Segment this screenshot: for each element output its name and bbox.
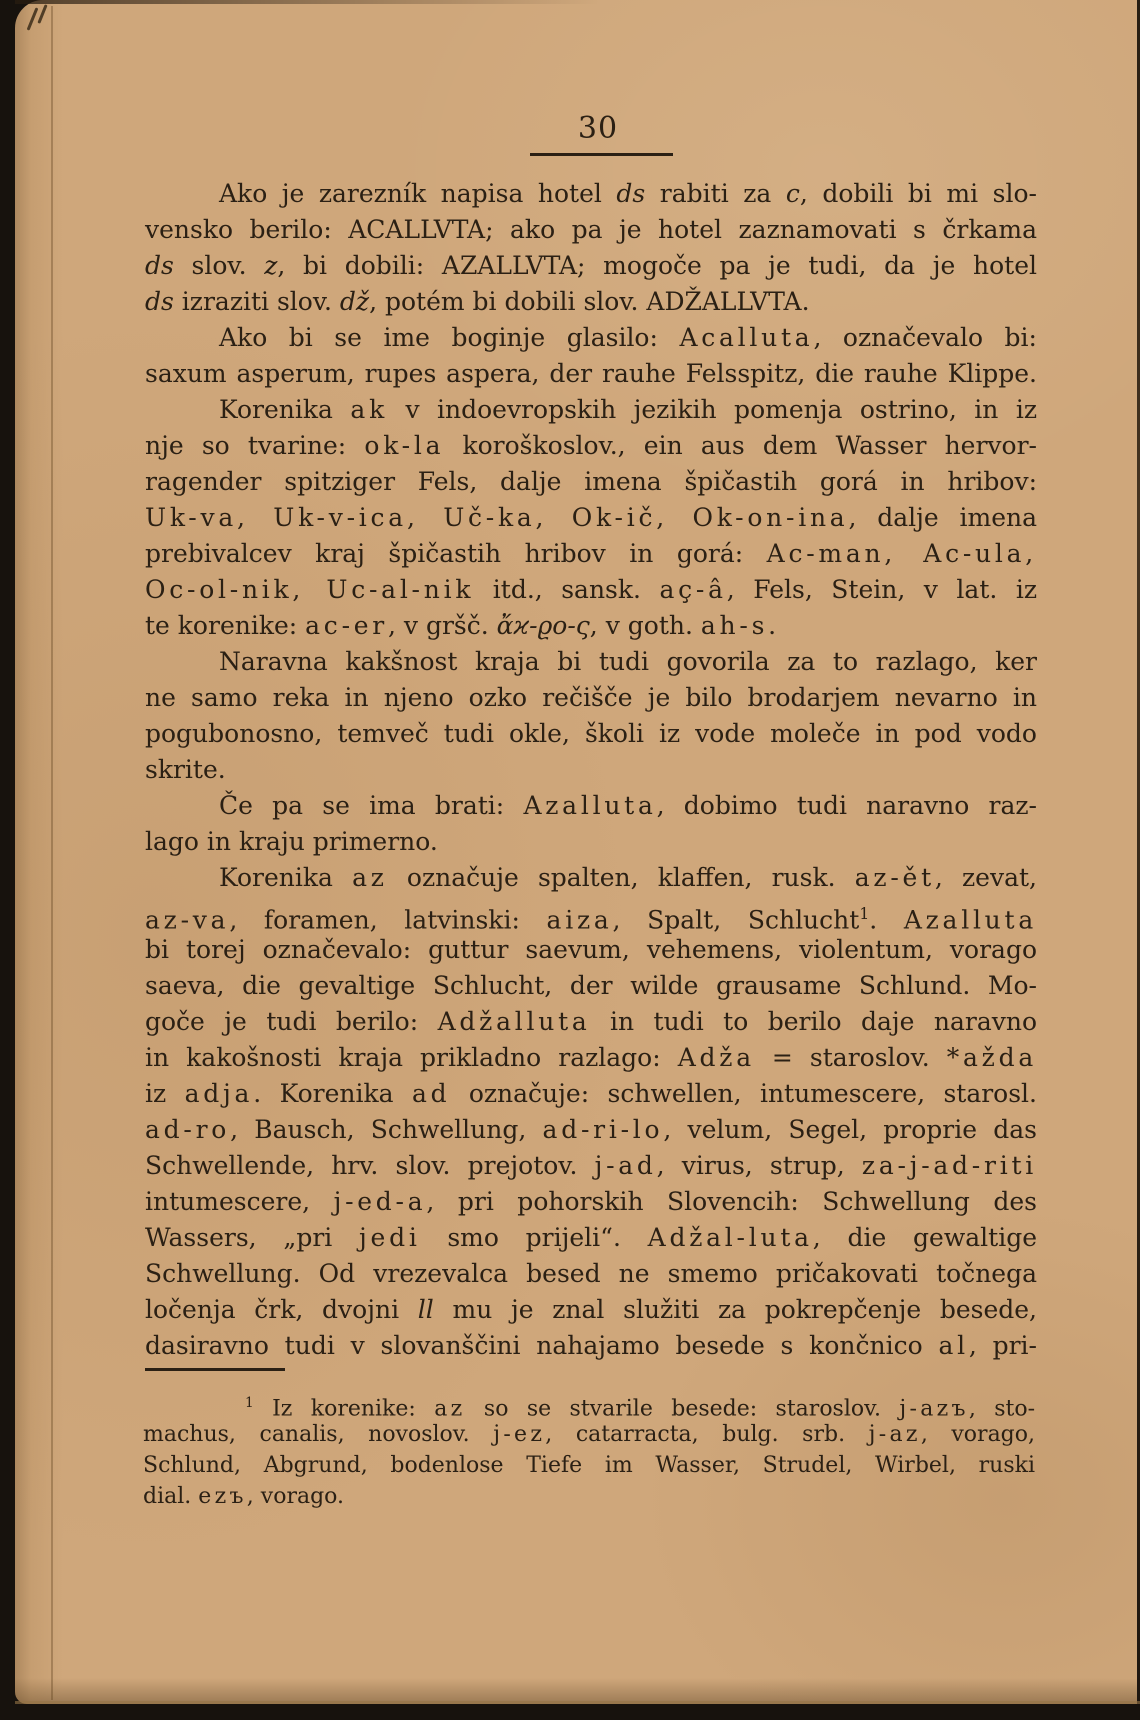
text-line: Ako je zarezník napisa hotel ds rabiti z… — [145, 176, 1037, 212]
text-line: Naravna kakšnost kraja bi tudi govorila … — [145, 644, 1037, 680]
text-segment: dasiravno tudi v slovanščini nahajamo be… — [145, 1331, 938, 1360]
text-segment: , Fels, Stein, v lat. iz — [727, 575, 1037, 604]
text-segment: 1 — [859, 905, 869, 923]
text-segment: adja — [185, 1079, 254, 1108]
text-segment: te korenike: — [145, 611, 305, 640]
text-line: ne samo reka in njeno ozko rečišče je bi… — [145, 680, 1037, 716]
book-page: 30 Ako je zarezník napisa hotel ds rabit… — [15, 0, 1140, 1704]
text-segment: ad-ri-lo — [543, 1115, 664, 1144]
text-segment: saxum asperum, rupes aspera, der rauhe F… — [145, 359, 1037, 388]
text-line: skrite. — [145, 752, 1037, 788]
text-segment: Wassers, „pri — [145, 1223, 359, 1252]
text-line: bi torej označevalo: guttur saevum, vehe… — [145, 932, 1037, 968]
text-segment: itd., sansk. — [474, 575, 659, 604]
text-segment: Adžalluta — [438, 1007, 591, 1036]
text-segment: ločenja črk, dvojni — [145, 1295, 418, 1324]
text-segment: ad-ro — [145, 1115, 230, 1144]
text-segment: v indoevropskih jezikih pomenja ostrino,… — [388, 395, 1037, 424]
text-segment: in kakošnosti kraja prikladno razlago: — [145, 1043, 678, 1072]
text-segment: , Spalt, Schlucht — [613, 905, 860, 934]
text-segment: j-azъ — [899, 1396, 968, 1421]
text-line: Wassers, „pri jedi smo prijeli“. Adžal-l… — [145, 1220, 1037, 1256]
text-segment: vensko berilo: ACALLVTA; ako pa je hotel… — [145, 215, 1037, 244]
text-line: iz adja. Korenika ad označuje: schwellen… — [145, 1076, 1037, 1112]
text-line: Schwellung. Od vrezevalca besed ne smemo… — [145, 1256, 1037, 1292]
text-segment: goče je tudi berilo: — [145, 1007, 438, 1036]
text-segment: ad — [412, 1079, 450, 1108]
text-line: saeva, die gevaltige Schlucht, der wilde… — [145, 968, 1037, 1004]
text-segment: aç-â — [660, 575, 727, 604]
text-segment: az-ět — [855, 863, 935, 892]
text-segment: ak — [350, 395, 388, 424]
text-segment: = staroslov. — [755, 1043, 947, 1072]
text-line: in kakošnosti kraja prikladno razlago: A… — [145, 1040, 1037, 1076]
text-segment: ragender spitziger Fels, dalje imena špi… — [145, 467, 1037, 496]
text-segment: za-j-ad-riti — [862, 1151, 1037, 1180]
text-segment: , bi dobili: AZALLVTA; mogoče pa je tudi… — [277, 251, 1037, 280]
text-segment: smo prijeli“. — [421, 1223, 648, 1252]
text-segment: Če pa se ima brati: — [219, 791, 523, 820]
text-segment: bi torej označevalo: guttur saevum, vehe… — [145, 935, 1037, 964]
text-line: ad-ro, Bausch, Schwellung, ad-ri-lo, vel… — [145, 1112, 1037, 1148]
text-segment: , v gršč. — [388, 611, 497, 640]
text-segment: ezъ — [198, 1484, 247, 1509]
text-segment: označuje spalten, klaffen, rusk. — [388, 863, 855, 892]
text-segment: Acalluta — [679, 323, 813, 352]
text-segment: , zevat, — [935, 863, 1037, 892]
page-number-rule — [530, 153, 673, 156]
text-segment: Korenika — [219, 395, 350, 424]
text-segment: nje so tvarine: — [145, 431, 364, 460]
text-segment: j-az — [869, 1422, 921, 1447]
page-top-edge-shadow — [15, 0, 600, 4]
text-segment: Schlund, Abgrund, bodenlose Tiefe im Was… — [143, 1453, 1035, 1478]
text-segment: Azalluta — [904, 905, 1037, 934]
text-line: az-va, foramen, latvinski: aiza, Spalt, … — [145, 896, 1037, 932]
text-segment: Schwellende, hrv. slov. prejotov. — [145, 1151, 595, 1180]
text-segment: , dobimo tudi naravno raz- — [657, 791, 1037, 820]
text-segment: prebivalcev kraj špičastih hribov in gor… — [145, 539, 767, 568]
text-segment: , sto- — [969, 1396, 1035, 1421]
text-segment: pogubonosno, temveč tudi okle, školi iz … — [145, 719, 1037, 748]
text-segment: saeva, die gevaltige Schlucht, der wilde… — [145, 971, 1037, 1000]
text-segment: mu je znal služiti za pokrepčenje besede… — [434, 1295, 1037, 1324]
text-segment: intumescere, — [145, 1187, 334, 1216]
page-number: 30 — [533, 112, 663, 146]
text-segment: Adžal-luta — [648, 1223, 813, 1252]
text-segment: , potém bi dobili slov. ADŽALLVTA. — [369, 287, 809, 316]
text-line: machus, canalis, novoslov. j-ez, catarra… — [143, 1419, 1035, 1450]
text-segment: al — [938, 1331, 968, 1360]
text-segment: az-va — [145, 905, 229, 934]
text-line: dial. ezъ, vorago. — [143, 1481, 1035, 1512]
text-segment: j-ad — [595, 1151, 657, 1180]
text-segment: izraziti slov. — [174, 287, 340, 316]
text-segment: Ako je zarezník napisa hotel — [219, 179, 616, 208]
text-segment: . — [869, 905, 904, 934]
text-segment: rabiti za — [645, 179, 786, 208]
text-segment: , dobili bi mi slo- — [800, 179, 1037, 208]
text-segment: ds — [145, 251, 174, 280]
text-segment: , velum, Segel, proprie das — [663, 1115, 1037, 1144]
text-segment: , pri- — [969, 1331, 1037, 1360]
text-segment: Naravna kakšnost kraja bi tudi govorila … — [219, 647, 1037, 676]
text-segment: z — [264, 251, 277, 280]
text-segment: az — [352, 863, 388, 892]
text-segment: aiza — [547, 905, 613, 934]
text-segment: j-ez — [493, 1422, 545, 1447]
text-segment: dž — [340, 287, 369, 316]
text-segment: , vorago, — [921, 1422, 1035, 1447]
text-segment: *ažda — [947, 1043, 1037, 1072]
text-segment: Schwellung. Od vrezevalca besed ne smemo… — [145, 1259, 1037, 1288]
text-segment: , vorago. — [247, 1484, 344, 1509]
text-segment: Ac-man, Ac-ula, — [767, 539, 1037, 568]
text-segment: iz — [145, 1079, 185, 1108]
text-segment: ds — [616, 179, 645, 208]
text-segment: ds — [145, 287, 174, 316]
text-line: ds izraziti slov. dž, potém bi dobili sl… — [145, 284, 1037, 320]
text-line: ločenja črk, dvojni ll mu je znal služit… — [145, 1292, 1037, 1328]
text-segment: Azalluta — [523, 791, 656, 820]
text-line: goče je tudi berilo: Adžalluta in tudi t… — [145, 1004, 1037, 1040]
text-segment: , v goth. — [590, 611, 701, 640]
body-text: Ako je zarezník napisa hotel ds rabiti z… — [145, 176, 1037, 1364]
text-line: Schwellende, hrv. slov. prejotov. j-ad, … — [145, 1148, 1037, 1184]
text-line: ragender spitziger Fels, dalje imena špi… — [145, 464, 1037, 500]
footnote-text: 1 Iz korenike: az so se stvarile besede:… — [143, 1388, 1035, 1512]
text-line: saxum asperum, rupes aspera, der rauhe F… — [145, 356, 1037, 392]
page-left-edge-line — [51, 6, 53, 1700]
text-segment: , dalje imena — [848, 503, 1037, 532]
text-segment: ah-s — [701, 611, 768, 640]
text-segment: jedi — [359, 1223, 421, 1252]
text-line: lago in kraju primerno. — [145, 824, 1037, 860]
text-segment: , die gewaltige — [813, 1223, 1037, 1252]
text-segment: in tudi to berilo daje naravno — [591, 1007, 1037, 1036]
text-segment: , virus, strup, — [657, 1151, 862, 1180]
text-segment: ne samo reka in njeno ozko rečišče je bi… — [145, 683, 1037, 712]
text-line: te korenike: ac-er, v gršč. ἄϰ-ϱο-ς, v g… — [145, 608, 1037, 644]
text-line: 1 Iz korenike: az so se stvarile besede:… — [143, 1388, 1035, 1419]
text-segment: az — [434, 1396, 465, 1421]
text-line: nje so tvarine: ok-la koroškoslov., ein … — [145, 428, 1037, 464]
pen-mark — [23, 4, 53, 38]
text-segment: Korenika — [219, 863, 352, 892]
text-line: Uk-va, Uk-v-ica, Uč-ka, Ok-ič, Ok-on-ina… — [145, 500, 1037, 536]
text-segment: dial. — [143, 1484, 198, 1509]
text-segment: ἄϰ-ϱο-ς — [497, 611, 590, 640]
text-line: Schlund, Abgrund, bodenlose Tiefe im Was… — [143, 1450, 1035, 1481]
text-segment: ac-er — [305, 611, 388, 640]
text-line: prebivalcev kraj špičastih hribov in gor… — [145, 536, 1037, 572]
footnote-separator-rule — [145, 1368, 285, 1371]
text-segment: Oc-ol-nik, Uc-al-nik — [145, 575, 474, 604]
text-segment: Iz korenike: — [254, 1396, 435, 1421]
text-line: Korenika az označuje spalten, klaffen, r… — [145, 860, 1037, 896]
text-segment: skrite. — [145, 755, 226, 784]
text-line: Če pa se ima brati: Azalluta, dobimo tud… — [145, 788, 1037, 824]
text-line: Oc-ol-nik, Uc-al-nik itd., sansk. aç-â, … — [145, 572, 1037, 608]
text-line: Korenika ak v indoevropskih jezikih pome… — [145, 392, 1037, 428]
text-segment: j-ed-a — [334, 1187, 427, 1216]
text-segment: , Bausch, Schwellung, — [230, 1115, 542, 1144]
text-segment: slov. — [174, 251, 264, 280]
text-segment: označuje: schwellen, intumescere, staros… — [450, 1079, 1037, 1108]
text-segment: machus, canalis, novoslov. — [143, 1422, 493, 1447]
text-line: dasiravno tudi v slovanščini nahajamo be… — [145, 1328, 1037, 1364]
page-bottom-edge-line — [15, 1701, 1140, 1704]
text-segment: . — [768, 611, 776, 640]
text-segment: , označevalo bi: — [813, 323, 1037, 352]
text-line: intumescere, j-ed-a, pri pohorskih Slove… — [145, 1184, 1037, 1220]
text-segment: Uk-va, Uk-v-ica, Uč-ka, Ok-ič, Ok-on-ina — [145, 503, 848, 532]
text-segment: , catarracta, bulg. srb. — [545, 1422, 868, 1447]
text-segment: Adža — [678, 1043, 755, 1072]
text-line: pogubonosno, temveč tudi okle, školi iz … — [145, 716, 1037, 752]
text-segment: 1 — [245, 1395, 254, 1411]
scanned-book-page-30: { "colors": { "paper": "#cfa77b", "ink":… — [0, 0, 1140, 1720]
text-segment: so se stvarile besede: staroslov. — [466, 1396, 900, 1421]
text-segment: , foramen, latvinski: — [229, 905, 546, 934]
text-segment: ok-la — [364, 431, 444, 460]
text-segment: , pri pohorskih Slovencih: Schwellung de… — [426, 1187, 1037, 1216]
text-segment: ll — [418, 1295, 434, 1324]
text-line: vensko berilo: ACALLVTA; ako pa je hotel… — [145, 212, 1037, 248]
text-segment: . Korenika — [253, 1079, 412, 1108]
text-segment: lago in kraju primerno. — [145, 827, 438, 856]
text-segment: Ako bi se ime boginje glasilo: — [219, 323, 679, 352]
text-segment: koroškoslov., ein aus dem Wasser hervor- — [444, 431, 1037, 460]
text-line: Ako bi se ime boginje glasilo: Acalluta,… — [145, 320, 1037, 356]
text-segment: c — [786, 179, 800, 208]
text-line: ds slov. z, bi dobili: AZALLVTA; mogoče … — [145, 248, 1037, 284]
